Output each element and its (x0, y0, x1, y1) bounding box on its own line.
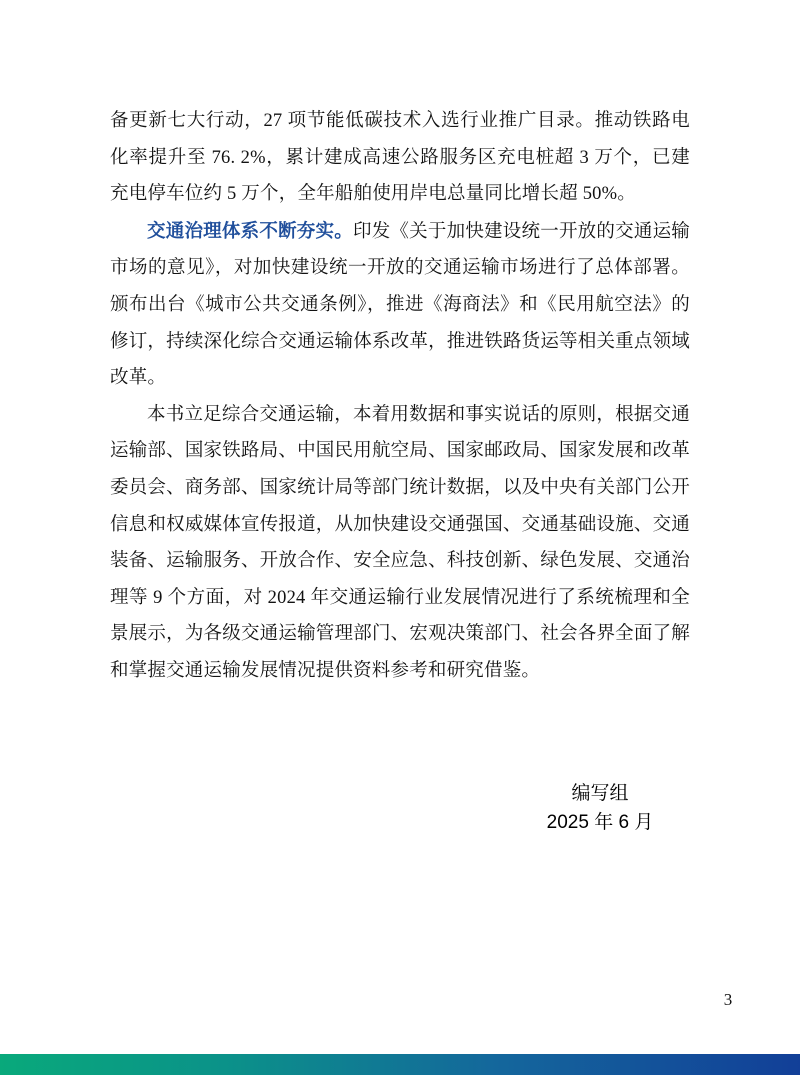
paragraph-book-overview: 本书立足综合交通运输，本着用数据和事实说话的原则，根据交通运输部、国家铁路局、中… (110, 397, 690, 690)
footer-gradient-bar (0, 1054, 800, 1075)
paragraph-lead-governance: 交通治理体系不断夯实。 (147, 220, 353, 241)
paragraph-governance: 交通治理体系不断夯实。印发《关于加快建设统一开放的交通运输市场的意见》，对加快建… (110, 213, 690, 397)
paragraph-governance-text: 印发《关于加快建设统一开放的交通运输市场的意见》，对加快建设统一开放的交通运输市… (110, 222, 690, 388)
signature-block: 编写组 2025 年 6 月 (490, 779, 710, 837)
paragraph-achievements-continued: 备更新七大行动，27 项节能低碳技术入选行业推广目录。推动铁路电化率提升至 76… (110, 103, 690, 213)
signature-date: 2025 年 6 月 (490, 808, 710, 837)
preface-body-text: 备更新七大行动，27 项节能低碳技术入选行业推广目录。推动铁路电化率提升至 76… (110, 103, 690, 690)
signature-author: 编写组 (490, 779, 710, 808)
document-page: 备更新七大行动，27 项节能低碳技术入选行业推广目录。推动铁路电化率提升至 76… (0, 0, 800, 1078)
page-number: 3 (714, 990, 742, 1010)
